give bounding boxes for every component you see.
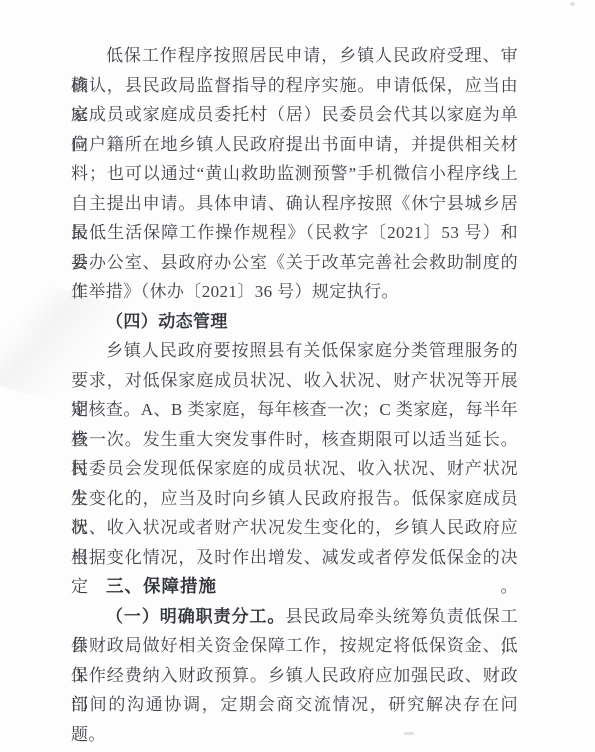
doc-line: 确认，县民政局监督指导的程序实施。申请低保，应当由家: [71, 71, 518, 101]
doc-line: 民委员会发现低保家庭的成员状况、收入状况、财产状况发: [71, 454, 518, 484]
doc-line: 要求，对低保家庭成员状况、收入状况、财产状况等开展定: [71, 366, 518, 396]
doc-line: 低保工作程序按照居民申请，乡镇人民政府受理、审核: [71, 41, 518, 71]
doc-line: 乡镇人民政府要按照县有关低保家庭分类管理服务的: [71, 336, 518, 366]
document-text-block: 低保工作程序按照居民申请，乡镇人民政府受理、审核 确认，县民政局监督指导的程序实…: [71, 41, 518, 720]
doc-line: 况、收入状况或者财产状况发生变化的，乡镇人民政府应当: [71, 513, 518, 543]
doc-line: 期核查。A、B 类家庭，每年核查一次；C 类家庭，每半年核: [71, 395, 518, 425]
doc-line: 根据变化情况，及时作出增发、减发或者停发低保金的决定。: [71, 543, 518, 573]
doc-line: 委办公室、县政府办公室《关于改革完善社会救助制度的工: [71, 248, 518, 278]
doc-line: 县财政局做好相关资金保障工作，按规定将低保资金、低保: [71, 631, 518, 661]
doc-line: 工作经费纳入财政预算。乡镇人民政府应加强民政、财政部: [71, 661, 518, 691]
doc-line: 查一次。发生重大突发事件时，核查期限可以适当延长。村: [71, 425, 518, 455]
para3-lead-bold: （一）明确职责分工。: [106, 607, 285, 626]
doc-line: 作举措》（休办〔2021〕36 号）规定执行。: [71, 277, 518, 307]
doc-line: 最低生活保障工作操作规程》（民救字〔2021〕53 号）和县: [71, 218, 518, 248]
doc-line: （一）明确职责分工。县民政局牵头统筹负责低保工作，: [71, 602, 518, 632]
doc-line: 生变化的，应当及时向乡镇人民政府报告。低保家庭成员状: [71, 484, 518, 514]
doc-line: 庭成员或家庭成员委托村（居）民委员会代其以家庭为单位: [71, 100, 518, 130]
doc-line: 料；也可以通过“黄山救助监测预警”手机微信小程序线上: [71, 159, 518, 189]
section-heading-dynamic-management: （四）动态管理: [71, 307, 518, 337]
scan-speck-artifact: [570, 2, 575, 6]
scanned-document-page: 低保工作程序按照居民申请，乡镇人民政府受理、审核 确认，县民政局监督指导的程序实…: [0, 0, 595, 752]
doc-line: 向户籍所在地乡镇人民政府提出书面申请，并提供相关材: [71, 130, 518, 160]
scan-speck-artifact: [404, 732, 414, 735]
doc-line: 自主提出申请。具体申请、确认程序按照《休宁县城乡居民: [71, 189, 518, 219]
doc-line: 门间的沟通协调，定期会商交流情况，研究解决存在问题。: [71, 690, 518, 720]
